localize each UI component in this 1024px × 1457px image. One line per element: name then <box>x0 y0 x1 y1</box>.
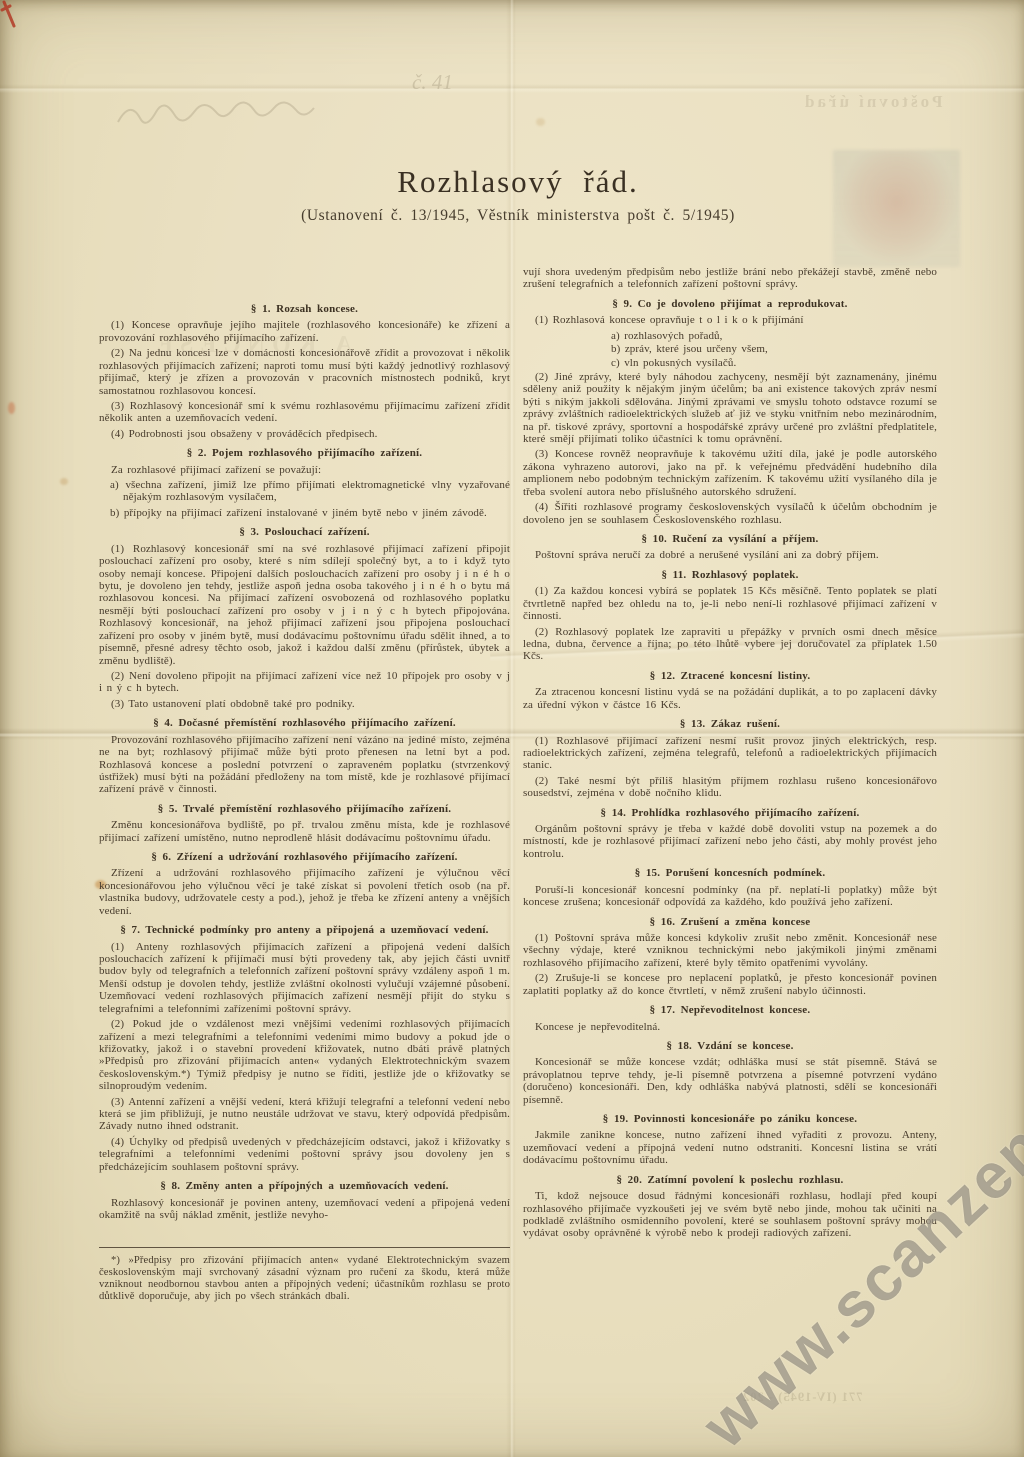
paragraph: (1) Koncese opravňuje jejího majitele (r… <box>99 319 510 344</box>
paragraph: Rozhlasový koncesionář je povinen anteny… <box>99 1197 510 1222</box>
red-pen-mark <box>0 0 34 40</box>
paragraph: (4) Podrobnosti jsou obsaženy v prováděc… <box>99 428 510 440</box>
section-heading: § 7. Technické podmínky pro anteny a při… <box>105 924 504 936</box>
paragraph: (1) Rozhlasový koncesionář smí na své ro… <box>99 543 510 667</box>
paragraph: (1) Poštovní správa může koncesi kdykoli… <box>523 932 937 969</box>
section-heading: § 19. Povinnosti koncesionáře po zániku … <box>529 1113 931 1125</box>
paragraph: Zřízení a udržování rozhlasového přijíma… <box>99 867 510 917</box>
scanned-document-page: { "page": { "title": "Rozhlasový řád.", … <box>0 0 1024 1457</box>
paragraph: (4) Šířiti rozhlasové programy českoslov… <box>523 501 937 526</box>
list-item: b) přípojky na přijímací zařízení instal… <box>99 507 510 519</box>
section-heading: § 20. Zatímní povolení k poslechu rozhla… <box>529 1174 931 1186</box>
section-heading: § 17. Nepřevoditelnost koncese. <box>529 1004 931 1016</box>
paragraph: (4) Úchylky od předpisů uvedených v před… <box>99 1136 510 1173</box>
list-item: a) rozhlasových pořadů, <box>611 330 937 342</box>
left-column: § 1. Rozsah koncese.(1) Koncese opravňuj… <box>99 260 510 1303</box>
section-heading: § 14. Prohlídka rozhlasového přijímacího… <box>529 807 931 819</box>
section-heading: § 9. Co je dovoleno přijímat a reproduko… <box>529 298 931 310</box>
paper-stain <box>536 118 545 126</box>
section-heading: § 5. Trvalé přemístění rozhlasového přij… <box>105 803 504 815</box>
paragraph: (3) Koncese rovněž neopravňuje k takovém… <box>523 448 937 498</box>
showthrough-handwritten-number: č. 41 <box>412 70 453 95</box>
paragraph: (2) Zrušuje-li se koncese pro neplacení … <box>523 972 937 997</box>
section-heading: § 8. Změny anten a přípojných a uzemňova… <box>105 1180 504 1192</box>
section-heading: § 15. Porušení koncesních podmínek. <box>529 867 931 879</box>
section-heading: § 12. Ztracené koncesní listiny. <box>529 670 931 682</box>
paper-stain <box>60 478 68 485</box>
footnote-text: *) »Předpisy pro zřizování přijímacích a… <box>99 1255 510 1303</box>
paragraph: (2) Rozhlasový poplatek lze zapraviti u … <box>523 626 937 663</box>
document-title: Rozhlasový řád. <box>98 164 938 200</box>
paragraph: Za rozhlasové přijímací zařízení se pova… <box>99 464 510 476</box>
paragraph: (3) Tato ustanovení platí obdobně také p… <box>99 698 510 710</box>
paragraph: Jakmile zanikne koncese, nutno zařízení … <box>523 1129 937 1166</box>
section-heading: § 16. Zrušení a změna koncese <box>529 916 931 928</box>
paragraph: Poruší-li koncesionář koncesní podmínky … <box>523 884 937 909</box>
paragraph: (2) Pokud jde o vzdálenost mezi vnějšími… <box>99 1018 510 1093</box>
list-item: b) zpráv, které jsou určeny všem, <box>611 343 937 355</box>
paragraph: (3) Rozhlasový koncesionář smí k svému r… <box>99 400 510 425</box>
section-heading: § 18. Vzdání se koncese. <box>529 1040 931 1052</box>
section-heading: § 11. Rozhlasový poplatek. <box>529 569 931 581</box>
paragraph: Koncese je nepřevoditelná. <box>523 1021 937 1033</box>
paragraph: Poštovní správa neručí za dobré a neruše… <box>523 549 937 561</box>
paragraph: Změnu koncesionářova bydliště, po př. tr… <box>99 819 510 844</box>
paragraph: (2) Není dovoleno připojit na přijímací … <box>99 670 510 695</box>
section-heading: § 2. Pojem rozhlasového přijímacího zaří… <box>105 447 504 459</box>
paragraph: (2) Také nesmí být příliš hlasitým příjm… <box>523 775 937 800</box>
list-item: a) všechna zařízení, jimiž lze přímo při… <box>99 479 510 504</box>
paragraph: (1) Anteny rozhlasových přijímacích zaří… <box>99 941 510 1016</box>
paragraph: Provozování rozhlasového přijímacího zař… <box>99 734 510 796</box>
handwriting-showthrough <box>110 92 410 140</box>
document-header: Rozhlasový řád. (Ustanovení č. 13/1945, … <box>98 164 938 225</box>
paper-stain <box>8 402 15 414</box>
paragraph: Ti, kdož nejsouce dosud řádnými koncesio… <box>523 1190 937 1240</box>
section-heading: § 6. Zřízení a udržování rozhlasového př… <box>105 851 504 863</box>
showthrough-postal-office-text: Poštovní úřad <box>802 92 943 112</box>
footnote-rule <box>99 1247 510 1248</box>
section-heading: § 1. Rozsah koncese. <box>105 303 504 315</box>
section-heading: § 10. Ručení za vysílání a příjem. <box>529 533 931 545</box>
paragraph: Za ztracenou koncesní listinu vydá se na… <box>523 686 937 711</box>
paragraph: (2) Na jednu koncesi lze v domácnosti ko… <box>99 347 510 397</box>
document-body: § 1. Rozsah koncese.(1) Koncese opravňuj… <box>99 260 937 1303</box>
paragraph: (1) Za každou koncesi vybírá se poplatek… <box>523 585 937 622</box>
showthrough-print-code: 771 (IV-1945) - 202 <box>742 1390 863 1405</box>
section-heading: § 13. Zákaz rušení. <box>529 718 931 730</box>
paragraph: Orgánům poštovní správy je třeba v každé… <box>523 823 937 860</box>
right-column: vují shora uvedeným předpisům nebo jestl… <box>523 260 937 1303</box>
document-subtitle: (Ustanovení č. 13/1945, Věstník minister… <box>98 207 938 225</box>
paper-crease-top <box>0 84 1024 93</box>
paragraph: (3) Antenní zařízení a vnější vedení, kt… <box>99 1096 510 1133</box>
paragraph: (1) Rozhlasová koncese opravňuje t o l i… <box>523 314 937 326</box>
section-heading: § 4. Dočasné přemístění rozhlasového při… <box>105 717 504 729</box>
section-heading: § 3. Poslouchací zařízení. <box>105 526 504 538</box>
paragraph: (1) Rozhlasové přijímací zařízení nesmí … <box>523 735 937 772</box>
paragraph-continuation: vují shora uvedeným předpisům nebo jestl… <box>523 266 937 291</box>
paragraph: Koncesionář se může koncese vzdát; odhlá… <box>523 1056 937 1106</box>
paragraph: (2) Jiné zprávy, které byly náhodou zach… <box>523 371 937 446</box>
list-item: c) vln pokusných vysílačů. <box>611 357 937 369</box>
